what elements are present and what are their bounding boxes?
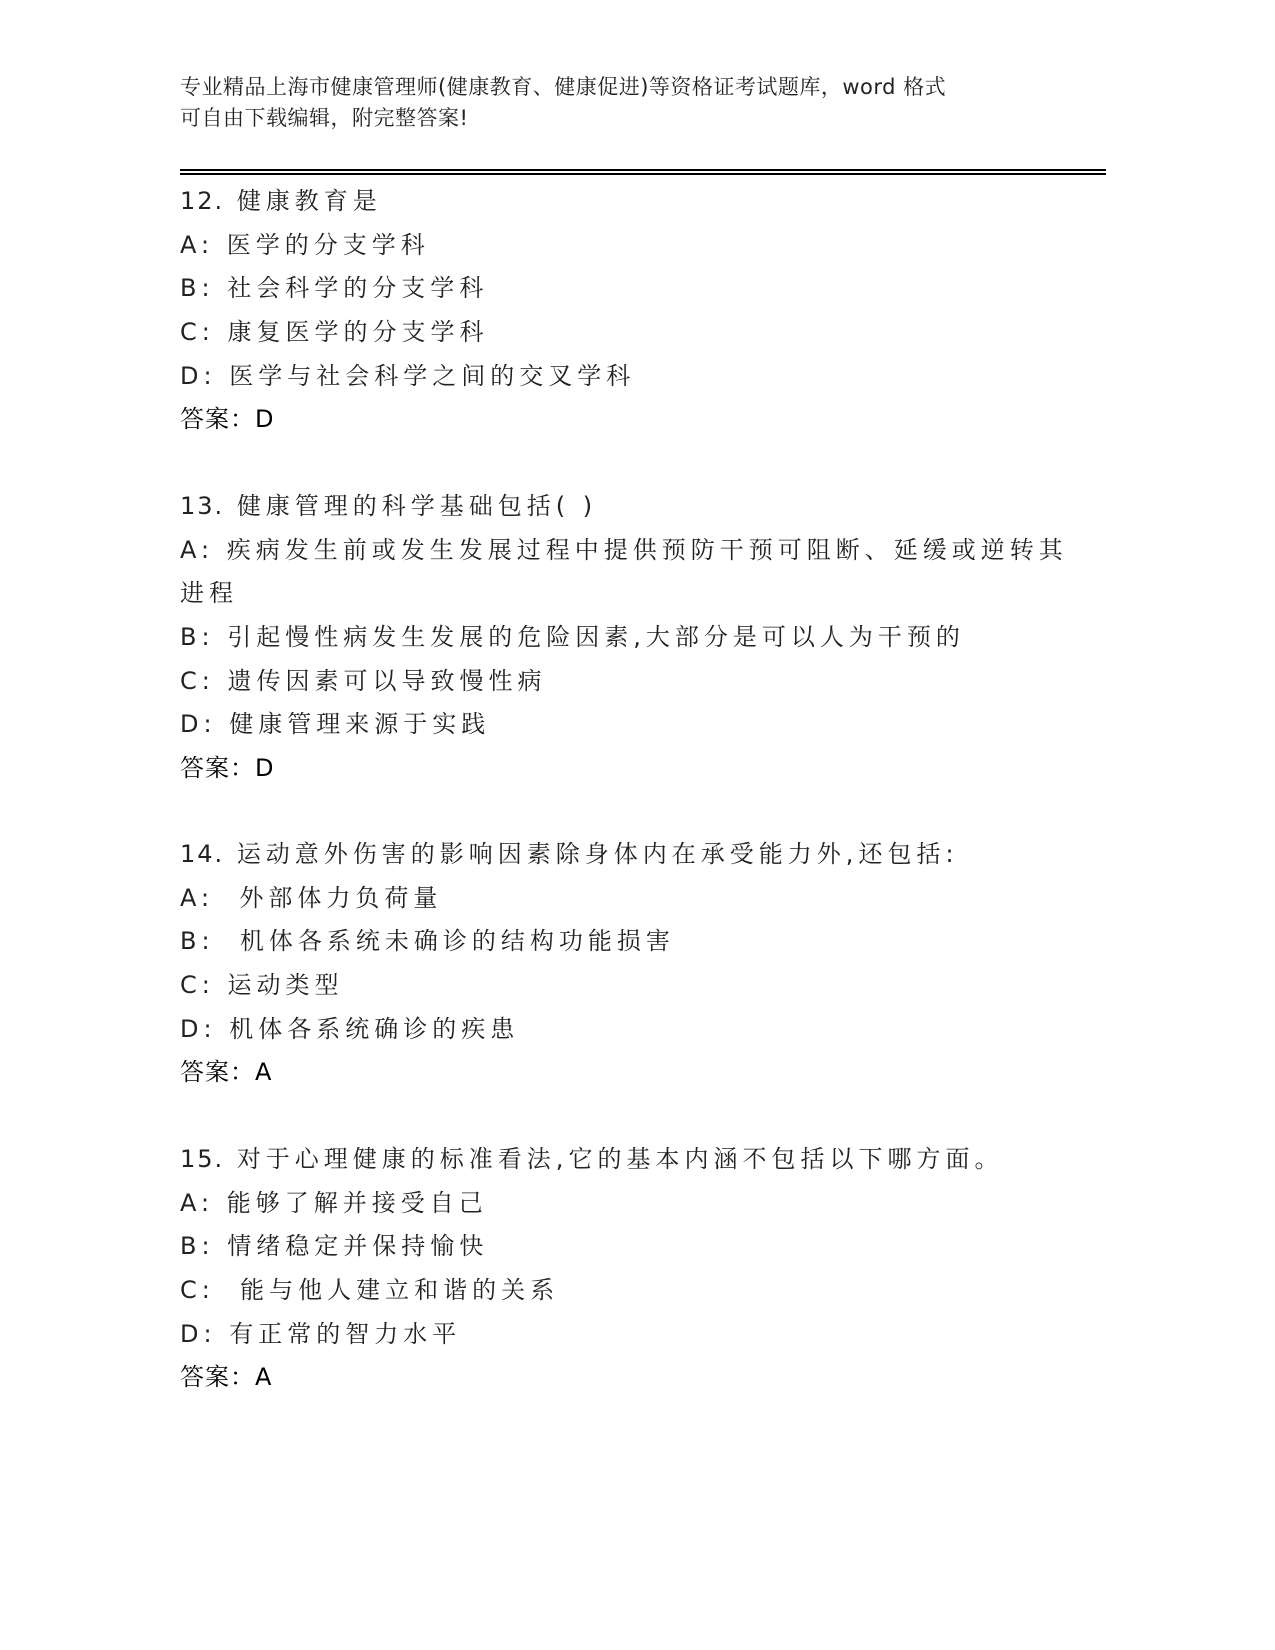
option-b: B: 机体各系统未确诊的结构功能损害 (180, 920, 1060, 964)
option-b: B: 引起慢性病发生发展的危险因素,大部分是可以人为干预的 (180, 616, 1060, 660)
option-a: A: 疾病发生前或发生发展过程中提供预防干预可阻断、延缓或逆转其 (180, 529, 1060, 573)
document-page: 专业精品上海市健康管理师(健康教育、健康促进)等资格证考试题库，word 格式 … (0, 0, 1275, 1650)
question-12: 12. 健康教育是 A: 医学的分支学科 B: 社会科学的分支学科 C: 康复医… (180, 180, 1060, 442)
option-a: A: 能够了解并接受自己 (180, 1182, 1060, 1226)
header-double-rule (180, 169, 1106, 175)
option-d: D: 医学与社会科学之间的交叉学科 (180, 355, 1060, 399)
question-stem: 14. 运动意外伤害的影响因素除身体内在承受能力外,还包括: (180, 833, 1060, 877)
answer: 答案：A (180, 1356, 1060, 1400)
question-15: 15. 对于心理健康的标准看法,它的基本内涵不包括以下哪方面。 A: 能够了解并… (180, 1138, 1060, 1400)
option-d: D: 有正常的智力水平 (180, 1313, 1060, 1357)
question-stem: 15. 对于心理健康的标准看法,它的基本内涵不包括以下哪方面。 (180, 1138, 1060, 1182)
option-c: C: 康复医学的分支学科 (180, 311, 1060, 355)
option-b: B: 情绪稳定并保持愉快 (180, 1225, 1060, 1269)
option-b: B: 社会科学的分支学科 (180, 267, 1060, 311)
document-header: 专业精品上海市健康管理师(健康教育、健康促进)等资格证考试题库，word 格式 … (180, 72, 1040, 134)
option-c: C: 遗传因素可以导致慢性病 (180, 660, 1060, 704)
header-line-1: 专业精品上海市健康管理师(健康教育、健康促进)等资格证考试题库，word 格式 (180, 72, 1040, 103)
question-stem: 13. 健康管理的科学基础包括( ) (180, 485, 1060, 529)
answer: 答案：D (180, 747, 1060, 791)
option-a: A: 医学的分支学科 (180, 224, 1060, 268)
option-c: C: 能与他人建立和谐的关系 (180, 1269, 1060, 1313)
option-c: C: 运动类型 (180, 964, 1060, 1008)
option-a-continuation: 进程 (180, 572, 1060, 616)
header-line-2: 可自由下载编辑，附完整答案! (180, 103, 1040, 134)
option-a: A: 外部体力负荷量 (180, 877, 1060, 921)
question-stem: 12. 健康教育是 (180, 180, 1060, 224)
question-13: 13. 健康管理的科学基础包括( ) A: 疾病发生前或发生发展过程中提供预防干… (180, 485, 1060, 791)
answer: 答案：A (180, 1051, 1060, 1095)
option-d: D: 健康管理来源于实践 (180, 703, 1060, 747)
answer: 答案：D (180, 398, 1060, 442)
option-d: D: 机体各系统确诊的疾患 (180, 1008, 1060, 1052)
question-14: 14. 运动意外伤害的影响因素除身体内在承受能力外,还包括: A: 外部体力负荷… (180, 833, 1060, 1095)
